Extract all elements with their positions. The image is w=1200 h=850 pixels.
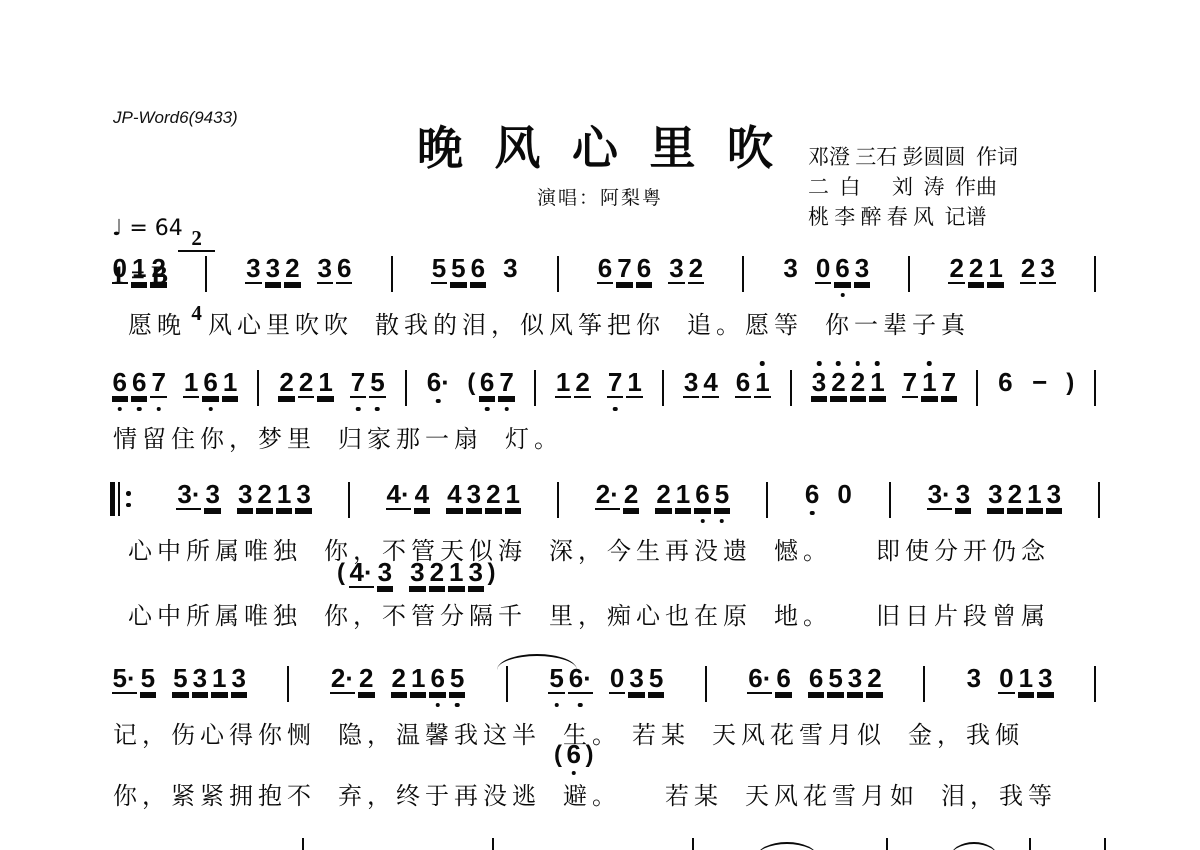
note-digit: 1	[921, 370, 937, 398]
barline	[1094, 256, 1096, 292]
note: 2·	[330, 666, 355, 694]
lyrics-line-3-verse1: 心中所属唯独 你，不管天似海 深，今生再没遗 憾。 即使分开仍念	[128, 531, 1050, 566]
octave-dot-below	[485, 407, 490, 412]
note-digit: 3·	[927, 482, 952, 510]
note-digit: 3	[628, 666, 644, 694]
note-gap	[376, 666, 389, 667]
measure: 2·22165	[328, 666, 466, 694]
note-digit: 1	[448, 560, 464, 588]
note-digit: 3	[231, 666, 247, 694]
note-gap	[222, 482, 235, 483]
barline	[662, 370, 664, 406]
note: 5	[140, 666, 156, 694]
parenthesis: )	[585, 742, 593, 768]
note: 1	[410, 666, 426, 694]
measure: 3013	[964, 666, 1055, 694]
repeat-start-sign	[110, 482, 131, 516]
note-digit: 1	[276, 482, 292, 510]
note: 6	[429, 666, 445, 694]
note: 2	[623, 482, 639, 510]
note: 3	[1037, 666, 1053, 694]
measure: 3·33213	[925, 482, 1063, 510]
note: 2	[574, 370, 590, 398]
note: 5	[369, 370, 385, 398]
octave-dot-below	[356, 407, 361, 412]
note: 7	[150, 370, 166, 398]
octave-dot-below	[156, 407, 161, 412]
note: 5·	[112, 666, 137, 694]
barline	[923, 666, 925, 702]
note-gap	[887, 370, 900, 371]
note-gap	[793, 666, 806, 667]
measure: 3063	[781, 256, 872, 284]
octave-dot-below	[554, 703, 559, 708]
note-digit: 2	[866, 666, 882, 694]
note: 1	[675, 482, 691, 510]
note-digit: 3	[987, 482, 1003, 510]
note-digit: 0	[112, 256, 128, 284]
barline	[766, 482, 768, 518]
note: 1	[448, 560, 464, 588]
note: 3	[377, 560, 393, 588]
note-digit: 2	[968, 256, 984, 284]
note-digit: 3	[955, 482, 971, 510]
note: 6	[997, 370, 1013, 396]
note: 3	[265, 256, 281, 284]
note-digit: 3	[1037, 666, 1053, 694]
note: 3	[966, 666, 982, 692]
note: 2	[429, 560, 445, 588]
octave-dot-below	[435, 703, 440, 708]
note: 6	[804, 482, 820, 508]
partial-barline	[886, 838, 888, 850]
note-digit: 1	[222, 370, 238, 398]
note: 0	[112, 256, 128, 284]
note: 1	[555, 370, 571, 398]
note: 2·	[595, 482, 620, 510]
octave-dot-below	[613, 407, 618, 412]
lyrics-line-4-verse2: 你，紧紧拥抱不 弃，终于再没逃 避。 若某 天风花雪月如 泪，我等	[113, 776, 1057, 811]
measure: 4·44321	[384, 482, 522, 510]
note-gap	[800, 256, 813, 257]
note: 0	[836, 482, 852, 508]
note: 1	[317, 370, 333, 398]
note: 6	[566, 742, 582, 768]
partial-barline	[692, 838, 694, 850]
measure: 6·66532	[746, 666, 884, 694]
note-digit: 4·	[386, 482, 411, 510]
note-digit: 6	[997, 370, 1013, 394]
note: 1	[222, 370, 238, 398]
partial-tie-slur	[756, 842, 818, 850]
note: 3	[955, 482, 971, 510]
note: 3	[782, 256, 798, 282]
note-digit: 0	[836, 482, 852, 506]
octave-dot-below	[375, 407, 380, 412]
note: 4	[702, 370, 718, 398]
note-gap	[654, 256, 667, 257]
note-digit: 4	[446, 482, 462, 510]
measure: 1271	[553, 370, 644, 398]
note: 5	[548, 666, 564, 694]
note: 3	[683, 370, 699, 398]
note: 3	[987, 482, 1003, 510]
transcriber-credit: 桃 李 醉 春 风 记谱	[808, 202, 1098, 232]
note: 1	[626, 370, 642, 398]
note: 6	[336, 256, 352, 284]
measure: 6·(67	[424, 370, 516, 398]
note: 6	[597, 256, 613, 284]
note-digit: 2	[429, 560, 445, 588]
partial-tie-slur	[950, 842, 998, 850]
note: 3	[668, 256, 684, 284]
barline	[557, 256, 559, 292]
note-digit: 1	[131, 256, 147, 284]
note: 5	[648, 666, 664, 694]
note-gap	[973, 482, 986, 483]
note: 6	[131, 370, 147, 398]
note-digit: 5	[449, 666, 465, 694]
octave-dot-above	[836, 361, 841, 366]
note: 2	[655, 482, 671, 510]
note: 2	[278, 370, 294, 398]
octave-dot-below	[700, 519, 705, 524]
note-digit: 2	[574, 370, 590, 398]
repeat-thin-bar	[118, 482, 120, 516]
octave-dot-below	[455, 703, 460, 708]
note-digit: 6·	[747, 666, 772, 694]
note: 1	[131, 256, 147, 284]
note-digit: 6	[694, 482, 710, 510]
parenthesis: (	[467, 370, 475, 396]
note: 5	[172, 666, 188, 694]
note: 4	[446, 482, 462, 510]
octave-dot-below	[117, 407, 122, 412]
note: 2	[358, 666, 374, 694]
note-digit: 0	[815, 256, 831, 284]
note-digit: 5	[648, 666, 664, 694]
note: 2	[284, 256, 300, 284]
note-digit: 3	[668, 256, 684, 284]
measure: 012	[110, 256, 168, 284]
note-digit: 2	[830, 370, 846, 398]
note: 6	[470, 256, 486, 284]
note-digit: 7	[941, 370, 957, 398]
barline	[1094, 666, 1096, 702]
barline	[1094, 370, 1096, 406]
repeat-dots	[126, 482, 131, 516]
music-system-4: 5·553132·2216556·0356·665323013	[110, 666, 1096, 702]
note: 6	[775, 666, 791, 694]
note: 2	[948, 256, 964, 284]
note-digit: 6	[834, 256, 850, 284]
note-digit: 3	[811, 370, 827, 398]
note-gap	[984, 666, 997, 667]
note-digit: 1	[987, 256, 1003, 284]
barline	[1098, 482, 1100, 518]
octave-dot-below	[208, 407, 213, 412]
note-digit: 7	[902, 370, 918, 398]
note: 6	[694, 482, 710, 510]
note-digit: 2	[655, 482, 671, 510]
note: 7	[607, 370, 623, 398]
note: 2	[1007, 482, 1023, 510]
note: 6	[479, 370, 495, 398]
measure: 3221717	[809, 370, 958, 398]
octave-dot-above	[927, 361, 932, 366]
note-gap	[1005, 256, 1018, 257]
note-digit: 3	[237, 482, 253, 510]
parenthesis: (	[337, 560, 345, 586]
note-digit: 5	[369, 370, 385, 398]
note-digit: 0	[998, 666, 1014, 694]
measure: 2·22165	[593, 482, 731, 510]
lyrics-line-1: 愿晚 风心里吹吹 散我的泪，似风筝把你 追。愿等 你一辈子真	[128, 305, 970, 340]
note: 0	[998, 666, 1014, 694]
note-digit: 2	[391, 666, 407, 694]
note-digit: 3	[468, 560, 484, 588]
note-digit: 3	[683, 370, 699, 398]
note: 3	[502, 256, 518, 282]
note-gap	[594, 666, 607, 667]
note-gap	[302, 256, 315, 257]
note: 1	[211, 666, 227, 694]
partial-barline	[492, 838, 494, 850]
note-digit: 2	[948, 256, 964, 284]
note-digit: 2	[1020, 256, 1036, 284]
note: 3	[1046, 482, 1062, 510]
note-digit: 5	[140, 666, 156, 694]
note: 7	[941, 370, 957, 398]
measure: 667161	[110, 370, 240, 398]
note-digit: 5	[450, 256, 466, 284]
barline	[557, 482, 559, 518]
octave-dot-below	[504, 407, 509, 412]
note-gap	[452, 370, 465, 371]
parenthesis: )	[487, 560, 495, 586]
note-digit: 6	[112, 370, 128, 398]
music-system-2: 667161221756·(671271346132217176−)	[110, 370, 1096, 406]
note: 3	[295, 482, 311, 510]
composer-credit: 二 白 刘 涛 作曲	[808, 172, 1098, 202]
note: 6·	[568, 666, 593, 694]
note-digit: 6	[636, 256, 652, 284]
note: 1	[1026, 482, 1042, 510]
note-digit: 7	[607, 370, 623, 398]
note-digit: 1	[754, 370, 770, 398]
note-gap	[335, 370, 348, 371]
note: 2	[866, 666, 882, 694]
note-digit: 1	[1026, 482, 1042, 510]
note-digit: 3	[466, 482, 482, 510]
note-digit: 6	[479, 370, 495, 398]
barline	[976, 370, 978, 406]
note-digit: 2	[1007, 482, 1023, 510]
octave-dot-above	[875, 361, 880, 366]
note-digit: 1	[626, 370, 642, 398]
note-gap	[720, 370, 733, 371]
note-digit: 1	[555, 370, 571, 398]
note: 3	[466, 482, 482, 510]
note-gap	[488, 256, 501, 257]
music-system-1: 01233236556367632306322123	[110, 256, 1096, 292]
measure: 33236	[244, 256, 354, 284]
note: 6·	[426, 370, 451, 396]
note: 7	[498, 370, 514, 398]
measure: 6−)	[996, 370, 1077, 396]
note: 6	[636, 256, 652, 284]
note-digit: 4	[702, 370, 718, 398]
note: 4·	[386, 482, 411, 510]
tie-slur	[497, 654, 577, 670]
octave-dot-below	[720, 519, 725, 524]
note: 3	[245, 256, 261, 284]
octave-dot-below	[578, 703, 583, 708]
note-digit: 6	[202, 370, 218, 398]
alternate-note-line4: (6)	[552, 742, 595, 768]
note: 0	[815, 256, 831, 284]
note-digit: 6	[131, 370, 147, 398]
measure: 60	[802, 482, 854, 508]
note-digit: 3	[1039, 256, 1055, 284]
note: 7	[902, 370, 918, 398]
lyricist-credit: 邓澄 三石 彭圆圆 作词	[808, 142, 1098, 172]
octave-dot-below	[840, 293, 845, 298]
note-digit: 5	[172, 666, 188, 694]
note-digit: 1	[410, 666, 426, 694]
measure: 3·33213	[175, 482, 313, 510]
note-digit: 2·	[330, 666, 355, 694]
note: 2	[256, 482, 272, 510]
note-digit: 6	[597, 256, 613, 284]
note-gap	[641, 482, 654, 483]
note-digit: 6	[804, 482, 820, 506]
barline	[705, 666, 707, 702]
partial-barline	[1104, 838, 1106, 850]
note: 2	[968, 256, 984, 284]
note-gap	[432, 482, 445, 483]
note-digit: 6	[775, 666, 791, 694]
note-gap	[1051, 370, 1064, 371]
note-digit: 5	[714, 482, 730, 510]
note-digit: 1	[317, 370, 333, 398]
note-digit: 2	[688, 256, 704, 284]
note: 6	[735, 370, 751, 398]
note: 7	[616, 256, 632, 284]
note: 4	[414, 482, 430, 510]
note-digit: 5	[431, 256, 447, 284]
note-digit: 6	[429, 666, 445, 694]
note-digit: 3	[245, 256, 261, 284]
note-digit: 3	[265, 256, 281, 284]
note: 1	[754, 370, 770, 398]
note: 6	[834, 256, 850, 284]
note-digit: 2	[284, 256, 300, 284]
note-digit: 5	[827, 666, 843, 694]
note: 1	[921, 370, 937, 398]
note: 6	[202, 370, 218, 398]
barline	[534, 370, 536, 406]
note: 5	[714, 482, 730, 510]
measure: 3461	[681, 370, 772, 398]
note: 2	[1020, 256, 1036, 284]
note-digit: 4	[414, 482, 430, 510]
note-digit: 3	[854, 256, 870, 284]
note: 2	[485, 482, 501, 510]
note: 3	[847, 666, 863, 694]
note-digit: 6	[735, 370, 751, 398]
note: 1	[1018, 666, 1034, 694]
note: 2	[830, 370, 846, 398]
note: 1	[987, 256, 1003, 284]
note-digit: 7	[498, 370, 514, 398]
note-digit: 1	[1018, 666, 1034, 694]
parenthesis: (	[554, 742, 562, 768]
note-digit: 3	[192, 666, 208, 694]
note-digit: 6	[566, 742, 582, 766]
barline	[391, 256, 393, 292]
note: 2	[850, 370, 866, 398]
repeat-dot	[126, 491, 131, 496]
octave-dot-below	[137, 407, 142, 412]
note: 6	[808, 666, 824, 694]
note: 1	[276, 482, 292, 510]
note: 4·	[349, 560, 374, 588]
note-digit: 1	[183, 370, 199, 398]
barline	[348, 482, 350, 518]
note-digit: 6	[808, 666, 824, 694]
note: 1	[505, 482, 521, 510]
note-digit: 6·	[568, 666, 593, 694]
note-digit: 7	[350, 370, 366, 398]
note-digit: 7	[150, 370, 166, 398]
note: 3	[854, 256, 870, 284]
octave-dot-above	[760, 361, 765, 366]
octave-dot-below	[571, 771, 576, 776]
note: 5	[449, 666, 465, 694]
note: 5	[450, 256, 466, 284]
note-digit: 3	[377, 560, 393, 588]
repeat-thick-bar	[110, 482, 115, 516]
octave-dot-above	[817, 361, 822, 366]
note-digit: 2	[485, 482, 501, 510]
parenthesis: )	[1066, 370, 1074, 396]
note-digit: 3	[317, 256, 333, 284]
alternate-notes-line3: (4·33213)	[335, 560, 497, 588]
note: 2	[391, 666, 407, 694]
note: 2	[298, 370, 314, 398]
partial-barline	[1029, 838, 1031, 850]
partial-barline	[302, 838, 304, 850]
note-gap	[395, 560, 408, 561]
note: 3	[628, 666, 644, 694]
lyrics-line-3-verse2: 心中所属唯独 你，不管分隔千 里，痴心也在原 地。 旧日片段曾属	[128, 596, 1050, 631]
barline	[742, 256, 744, 292]
note-digit: 2	[623, 482, 639, 510]
note: 2	[688, 256, 704, 284]
note: 3	[192, 666, 208, 694]
barline	[405, 370, 407, 406]
note: 6	[112, 370, 128, 398]
note-digit: 2	[358, 666, 374, 694]
music-system-3: 3·332134·443212·22165603·33213	[110, 482, 1100, 518]
measure: 5·55313	[110, 666, 248, 694]
note-digit: 7	[616, 256, 632, 284]
repeat-dot	[126, 503, 131, 508]
note-digit: 2	[256, 482, 272, 510]
barline	[506, 666, 508, 702]
note-digit: 2	[298, 370, 314, 398]
